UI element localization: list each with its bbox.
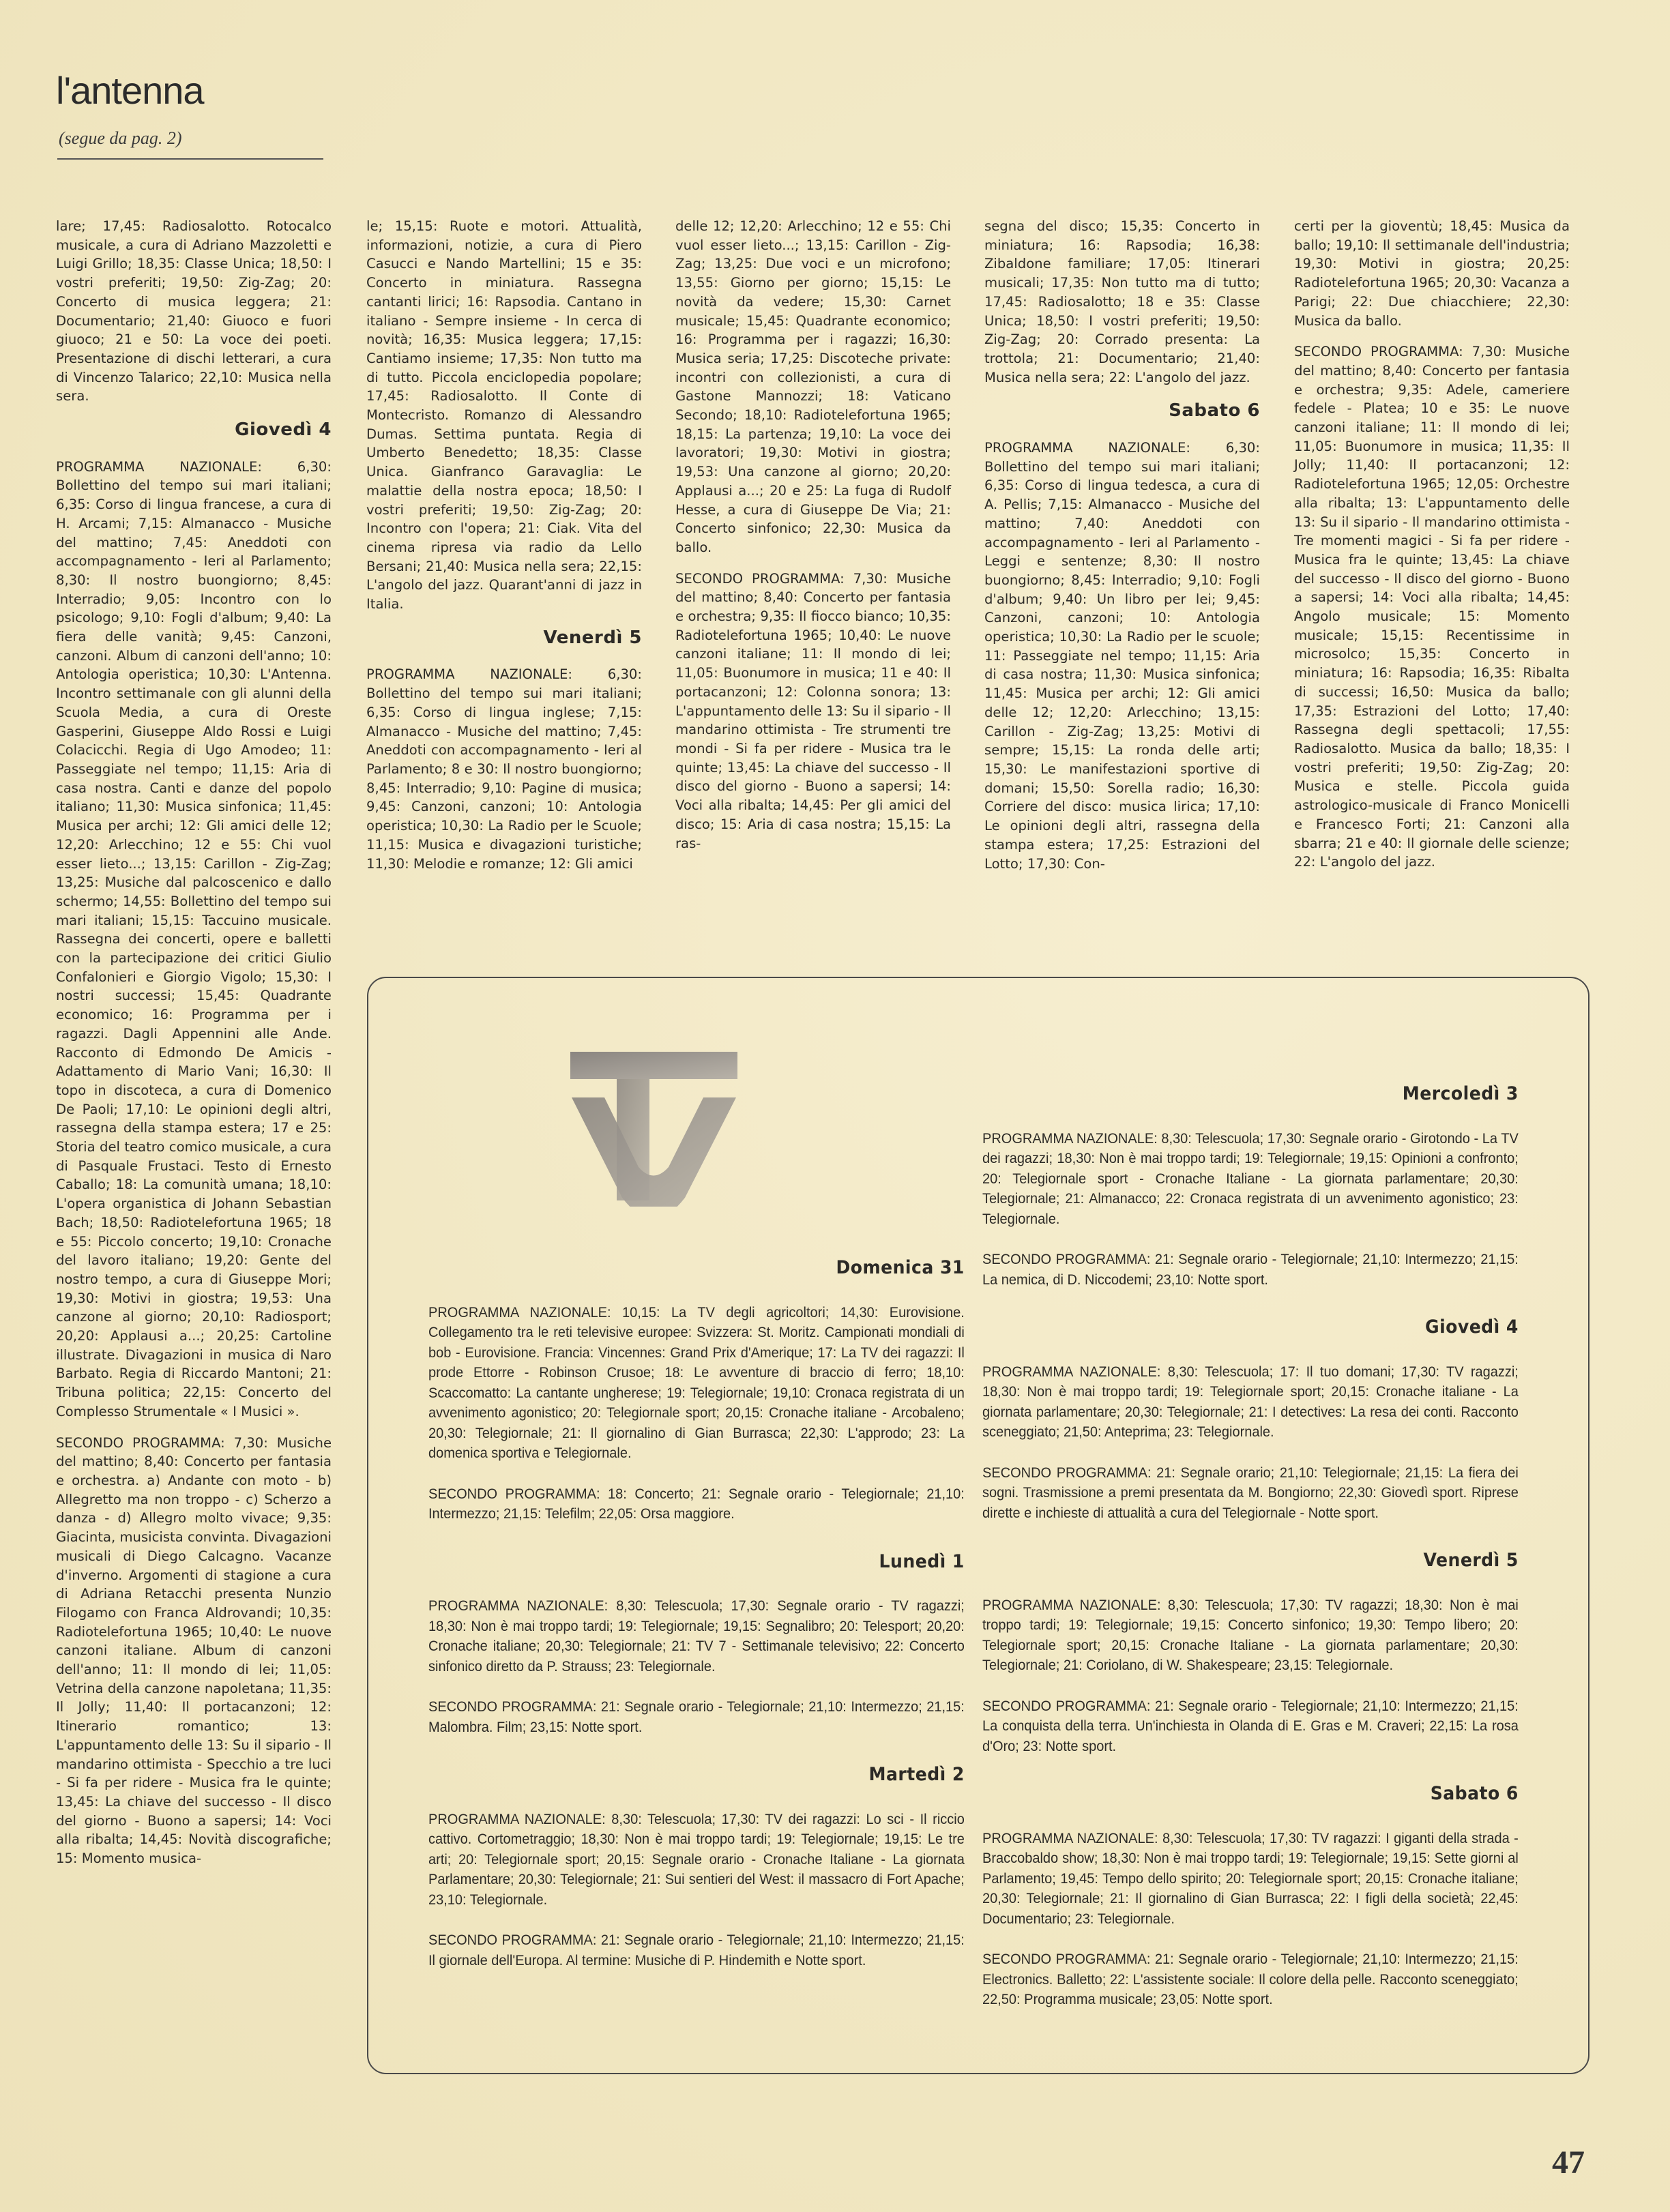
radio-nazionale: PROGRAMMA NAZIONALE: 6,30: Bollettino de… [366,665,642,873]
day-heading: Sabato 6 [984,402,1260,421]
radio-column-2: le; 15,15: Ruote e motori. Attualità, in… [366,217,642,885]
header-rule [57,158,323,160]
tv-day-heading: Venerdì 5 [982,1550,1519,1571]
radio-text: segna del disco; 15,35: Concerto in mini… [984,217,1260,387]
radio-text: certi per la gioventù; 18,45: Musica da … [1294,217,1570,330]
day-heading: Giovedì 4 [56,421,332,440]
tv-nazionale: PROGRAMMA NAZIONALE: 8,30: Telescuola; 1… [982,1595,1519,1676]
tv-secondo: SECONDO PROGRAMMA: 21: Segnale orario - … [428,1930,965,1971]
radio-column-1: lare; 17,45: Radiosalotto. Rotocalco mus… [56,217,332,1881]
tv-day-heading: Mercoledì 3 [982,1084,1519,1104]
tv-column-left: Domenica 31 PROGRAMMA NAZIONALE: 10,15: … [428,1230,965,1991]
tv-secondo: SECONDO PROGRAMMA: 21: Segnale orario - … [982,1250,1519,1290]
tv-nazionale: PROGRAMMA NAZIONALE: 10,15: La TV degli … [428,1303,965,1464]
tv-day-heading: Domenica 31 [428,1258,965,1278]
radio-secondo: SECONDO PROGRAMMA: 7,30: Musiche del mat… [1294,342,1570,872]
radio-text: lare; 17,45: Radiosalotto. Rotocalco mus… [56,217,332,406]
page-number: 47 [1552,2144,1585,2181]
tv-nazionale: PROGRAMMA NAZIONALE: 8,30: Telescuola; 1… [982,1362,1519,1443]
tv-day-heading: Martedì 2 [428,1765,965,1785]
tv-secondo: SECONDO PROGRAMMA: 18: Concerto; 21: Seg… [428,1484,965,1524]
tv-nazionale: PROGRAMMA NAZIONALE: 8,30: Telescuola; 1… [982,1129,1519,1230]
tv-nazionale: PROGRAMMA NAZIONALE: 8,30: Telescuola; 1… [428,1596,965,1677]
continued-note: (segue da pag. 2) [59,128,182,149]
radio-secondo: SECONDO PROGRAMMA: 7,30: Musiche del mat… [675,570,951,853]
radio-column-3: delle 12; 12,20: Arlecchino; 12 e 55: Ch… [675,217,951,865]
radio-column-4: segna del disco; 15,35: Concerto in mini… [984,217,1260,885]
tv-secondo: SECONDO PROGRAMMA: 21: Segnale orario - … [428,1697,965,1737]
tv-day-heading: Giovedì 4 [982,1317,1519,1338]
tv-column-right: Mercoledì 3 PROGRAMMA NAZIONALE: 8,30: T… [982,1057,1519,2031]
radio-nazionale: PROGRAMMA NAZIONALE: 6,30: Bollettino de… [984,439,1260,873]
tv-schedule-box: Domenica 31 PROGRAMMA NAZIONALE: 10,15: … [367,977,1590,2074]
tv-nazionale: PROGRAMMA NAZIONALE: 8,30: Telescuola; 1… [428,1810,965,1911]
radio-text: le; 15,15: Ruote e motori. Attualità, in… [366,217,642,614]
tv-secondo: SECONDO PROGRAMMA: 21: Segnale orario - … [982,1949,1519,2010]
radio-nazionale: PROGRAMMA NAZIONALE: 6,30: Bollettino de… [56,458,332,1421]
masthead-title: l'antenna [56,68,204,113]
tv-secondo: SECONDO PROGRAMMA: 21: Segnale orario; 2… [982,1463,1519,1524]
tv-day-heading: Sabato 6 [982,1784,1519,1804]
day-heading: Venerdì 5 [366,629,642,648]
tv-logo-icon [570,1012,737,1207]
tv-day-heading: Lunedì 1 [428,1552,965,1572]
radio-text: delle 12; 12,20: Arlecchino; 12 e 55: Ch… [675,217,951,557]
radio-column-5: certi per la gioventù; 18,45: Musica da … [1294,217,1570,884]
radio-secondo: SECONDO PROGRAMMA: 7,30: Musiche del mat… [56,1434,332,1868]
tv-secondo: SECONDO PROGRAMMA: 21: Segnale orario - … [982,1696,1519,1757]
tv-nazionale: PROGRAMMA NAZIONALE: 8,30: Telescuola; 1… [982,1829,1519,1930]
